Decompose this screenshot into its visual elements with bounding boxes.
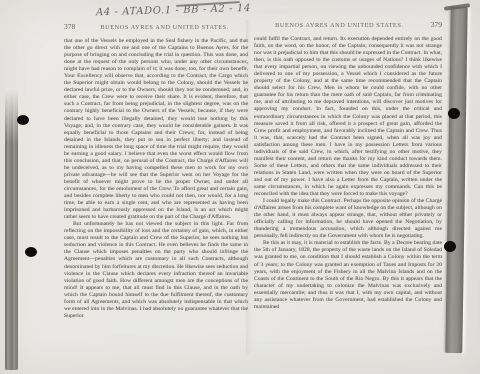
book-scan-photo: A4 - ATADO.1 - BB - A2 - 14 378 BUENOS A… [0,0,480,374]
right-page-stack-edge [445,7,467,353]
left-page-number: 378 [64,22,75,31]
punch-hole-right-bottom [444,241,456,252]
left-running-header: BUENOS AYRES AND UNITED STATES. [81,24,248,31]
right-paragraph-3: Be this as it may, it is material to est… [254,240,442,310]
left-page-header: 378 BUENOS AYRES AND UNITED STATES. [64,22,248,31]
left-paragraph-1: that one of the Vessels be employed in t… [64,38,248,221]
right-page-header: BUENOS AYRES AND UNITED STATES. 379 [254,20,442,29]
right-page-number: 379 [431,20,442,29]
left-paragraph-2: But unfortunately he has not viewed the … [64,221,248,320]
left-page-stack-edge [5,88,18,370]
left-page: 378 BUENOS AYRES AND UNITED STATES. that… [64,22,248,342]
punch-hole-left-top [17,115,29,125]
right-page: BUENOS AYRES AND UNITED STATES. 379 coul… [254,20,442,356]
punch-hole-left-bottom [25,247,37,257]
right-paragraph-1: could fulfil the Contract, and return. I… [254,36,442,198]
right-running-header: BUENOS AYRES AND UNITED STATES. [254,22,425,29]
left-page-text: that one of the Vessels be employed in t… [64,38,248,332]
punch-hole-right-top [448,108,460,119]
right-page-text: could fulfil the Contract, and return. I… [254,36,442,348]
right-paragraph-2: I could legally make this Contract. Perh… [254,198,442,240]
